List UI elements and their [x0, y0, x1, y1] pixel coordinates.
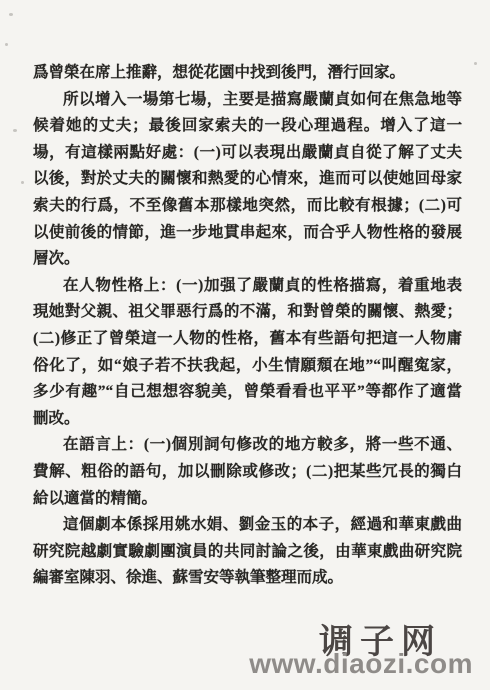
- text-line: 索夫的行爲，不至像舊本那樣地突然，而比較有根據；(二)可: [33, 193, 462, 220]
- watermark-site-url: www.diaozi.com: [249, 648, 473, 680]
- text-line: 所以增入一場第七場，主要是描寫嚴蘭貞如何在焦急地等: [33, 87, 462, 114]
- text-line: 以後，對於丈夫的關懷和熱愛的心情來，進而可以使她回母家: [33, 166, 462, 193]
- text-line: 刪改。: [33, 406, 462, 433]
- text-line: (二)修正了曾榮這一人物的性格，舊本有些語句把這一人物庸: [33, 326, 462, 353]
- text-line: 編審室陳羽、徐進、蘇雪安等執筆整理而成。: [33, 565, 462, 592]
- body-text: 爲曾榮在席上推辭，想從花園中找到後門，潛行回家。 所以增入一場第七場，主要是描寫…: [33, 60, 462, 592]
- text-line: 費解、粗俗的語句，加以刪除或修改；(二)把某些冗長的獨白: [33, 459, 462, 486]
- scanned-document-page: 爲曾榮在席上推辭，想從花園中找到後門，潛行回家。 所以增入一場第七場，主要是描寫…: [0, 0, 490, 690]
- text-line: 多少有趣”“自己想想容貌美，曾榮看看也平平”等都作了適當: [33, 379, 462, 406]
- scan-noise-speck: [474, 62, 477, 65]
- scan-noise-speck: [21, 181, 24, 184]
- text-line: 在人物性格上：(一)加强了嚴蘭貞的性格描寫，着重地表: [33, 273, 462, 300]
- text-line: 層次。: [33, 246, 462, 273]
- text-line: 研究院越劇實驗劇團演員的共同討論之後，由華東戲曲研究院: [33, 539, 462, 566]
- text-line: 以使前後的情節，進一步地貫串起來，而合乎人物性格的發展: [33, 220, 462, 247]
- text-line: 場，有這樣兩點好處：(一)可以表現出嚴蘭貞自從了解了丈夫: [33, 140, 462, 167]
- scan-noise-speck: [9, 13, 13, 16]
- text-line: 在語言上：(一)個別詞句修改的地方較多，將一些不通、: [33, 432, 462, 459]
- scan-noise-speck: [5, 43, 8, 46]
- text-line: 這個劇本係採用姚水娟、劉金玉的本子，經過和華東戲曲: [33, 512, 462, 539]
- text-line: 候着她的丈夫；最後回家索夫的一段心理過程。增入了這一: [33, 113, 462, 140]
- text-line: 爲曾榮在席上推辭，想從花園中找到後門，潛行回家。: [33, 60, 462, 87]
- text-line: 俗化了，如“娘子若不扶我起，小生情願頹在地”“叫醒寃家，: [33, 353, 462, 380]
- scan-noise-speck: [13, 129, 17, 132]
- text-line: 給以適當的精簡。: [33, 486, 462, 513]
- text-line: 現她對父親、祖父罪惡行爲的不滿，和對曾榮的關懷、熱愛；: [33, 299, 462, 326]
